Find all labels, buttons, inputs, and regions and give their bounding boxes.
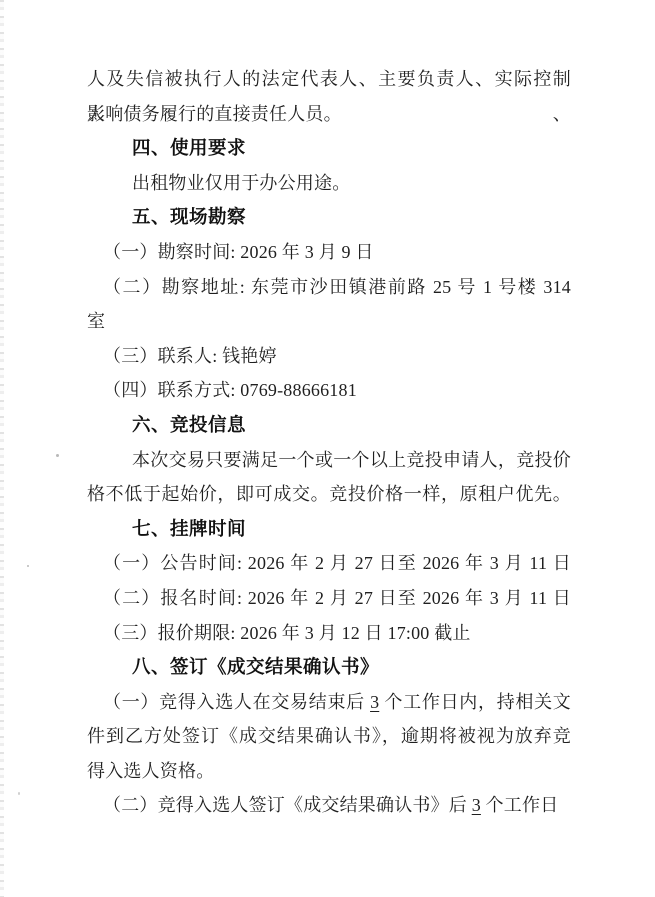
doc-text-line: （三）报价期限: 2026 年 3 月 12 日 17:00 截止 <box>87 616 571 651</box>
doc-text-line: 得入选人资格。 <box>87 754 571 789</box>
text-segment: 影响债务履行的直接责任人员。 <box>87 104 342 124</box>
text-segment: （二）勘察地址: 东莞市沙田镇港前路 25 号 1 号楼 314 <box>103 277 571 297</box>
document-lines: 人及失信被执行人的法定代表人、主要负责人、实际控制人、影响债务履行的直接责任人员… <box>87 62 571 823</box>
doc-text-line: 格不低于起始价，即可成交。竞投价格一样，原租户优先。 <box>87 477 571 512</box>
scan-speck <box>56 454 59 457</box>
text-segment: 得入选人资格。 <box>87 761 214 781</box>
text-segment: 四、使用要求 <box>132 137 246 158</box>
section-heading: 四、使用要求 <box>87 131 571 166</box>
doc-text-line: （一）勘察时间: 2026 年 3 月 9 日 <box>87 235 571 270</box>
text-segment: （一）公告时间: 2026 年 2 月 27 日至 2026 年 3 月 11 … <box>103 553 571 573</box>
doc-text-line: 出租物业仅用于办公用途。 <box>87 166 571 201</box>
text-segment: 六、竞投信息 <box>132 414 246 435</box>
text-segment: 出租物业仅用于办公用途。 <box>132 173 350 193</box>
doc-text-line: 室 <box>87 304 571 339</box>
doc-text-line: （二）竞得入选人签订《成交结果确认书》后 3 个工作日 <box>87 788 571 823</box>
text-segment: 八、签订《成交结果确认书》 <box>132 656 379 677</box>
doc-text-line: 件到乙方处签订《成交结果确认书》，逾期将被视为放弃竞 <box>87 719 571 754</box>
section-heading: 七、挂牌时间 <box>87 512 571 547</box>
section-heading: 五、现场勘察 <box>87 200 571 235</box>
doc-text-line: （一）公告时间: 2026 年 2 月 27 日至 2026 年 3 月 11 … <box>87 546 571 581</box>
text-segment: （一）竞得入选人在交易结束后 <box>103 692 370 712</box>
text-segment: 个工作日 <box>481 795 559 815</box>
text-segment: （三）报价期限: 2026 年 3 月 12 日 17:00 截止 <box>103 623 471 643</box>
text-segment: 本次交易只要满足一个或一个以上竞投申请人，竞投价 <box>132 450 571 470</box>
scan-speck <box>18 792 20 795</box>
text-segment: 个工作日内，持相关文 <box>379 692 571 712</box>
section-heading: 六、竞投信息 <box>87 408 571 443</box>
text-segment: （二）报名时间: 2026 年 2 月 27 日至 2026 年 3 月 11 … <box>103 588 571 608</box>
text-segment: 格不低于起始价，即可成交。竞投价格一样，原租户优先。 <box>87 484 571 504</box>
doc-text-line: 本次交易只要满足一个或一个以上竞投申请人，竞投价 <box>87 443 571 478</box>
text-segment: 五、现场勘察 <box>132 206 246 227</box>
doc-text-line: （三）联系人: 钱艳婷 <box>87 339 571 374</box>
text-segment: （一）勘察时间: 2026 年 3 月 9 日 <box>103 242 374 262</box>
text-segment: 件到乙方处签订《成交结果确认书》，逾期将被视为放弃竞 <box>87 726 571 746</box>
underlined-number: 3 <box>472 795 481 815</box>
text-segment: （二）竞得入选人签订《成交结果确认书》后 <box>103 795 472 815</box>
doc-text-line: （二）报名时间: 2026 年 2 月 27 日至 2026 年 3 月 11 … <box>87 581 571 616</box>
scanned-document-page: 人及失信被执行人的法定代表人、主要负责人、实际控制人、影响债务履行的直接责任人员… <box>0 0 655 897</box>
text-segment: （三）联系人: 钱艳婷 <box>103 346 277 366</box>
doc-text-line: 人及失信被执行人的法定代表人、主要负责人、实际控制人、 <box>87 62 571 97</box>
text-segment: （四）联系方式: 0769-88666181 <box>103 380 357 400</box>
scan-edge-artifact <box>0 0 4 897</box>
section-heading: 八、签订《成交结果确认书》 <box>87 650 571 685</box>
doc-text-line: （四）联系方式: 0769-88666181 <box>87 373 571 408</box>
text-segment: 七、挂牌时间 <box>132 518 246 539</box>
scan-speck <box>27 565 29 567</box>
doc-text-line: （一）竞得入选人在交易结束后 3 个工作日内，持相关文 <box>87 685 571 720</box>
text-segment: 室 <box>87 311 105 331</box>
underlined-number: 3 <box>370 692 379 712</box>
doc-text-line: （二）勘察地址: 东莞市沙田镇港前路 25 号 1 号楼 314 <box>87 270 571 305</box>
